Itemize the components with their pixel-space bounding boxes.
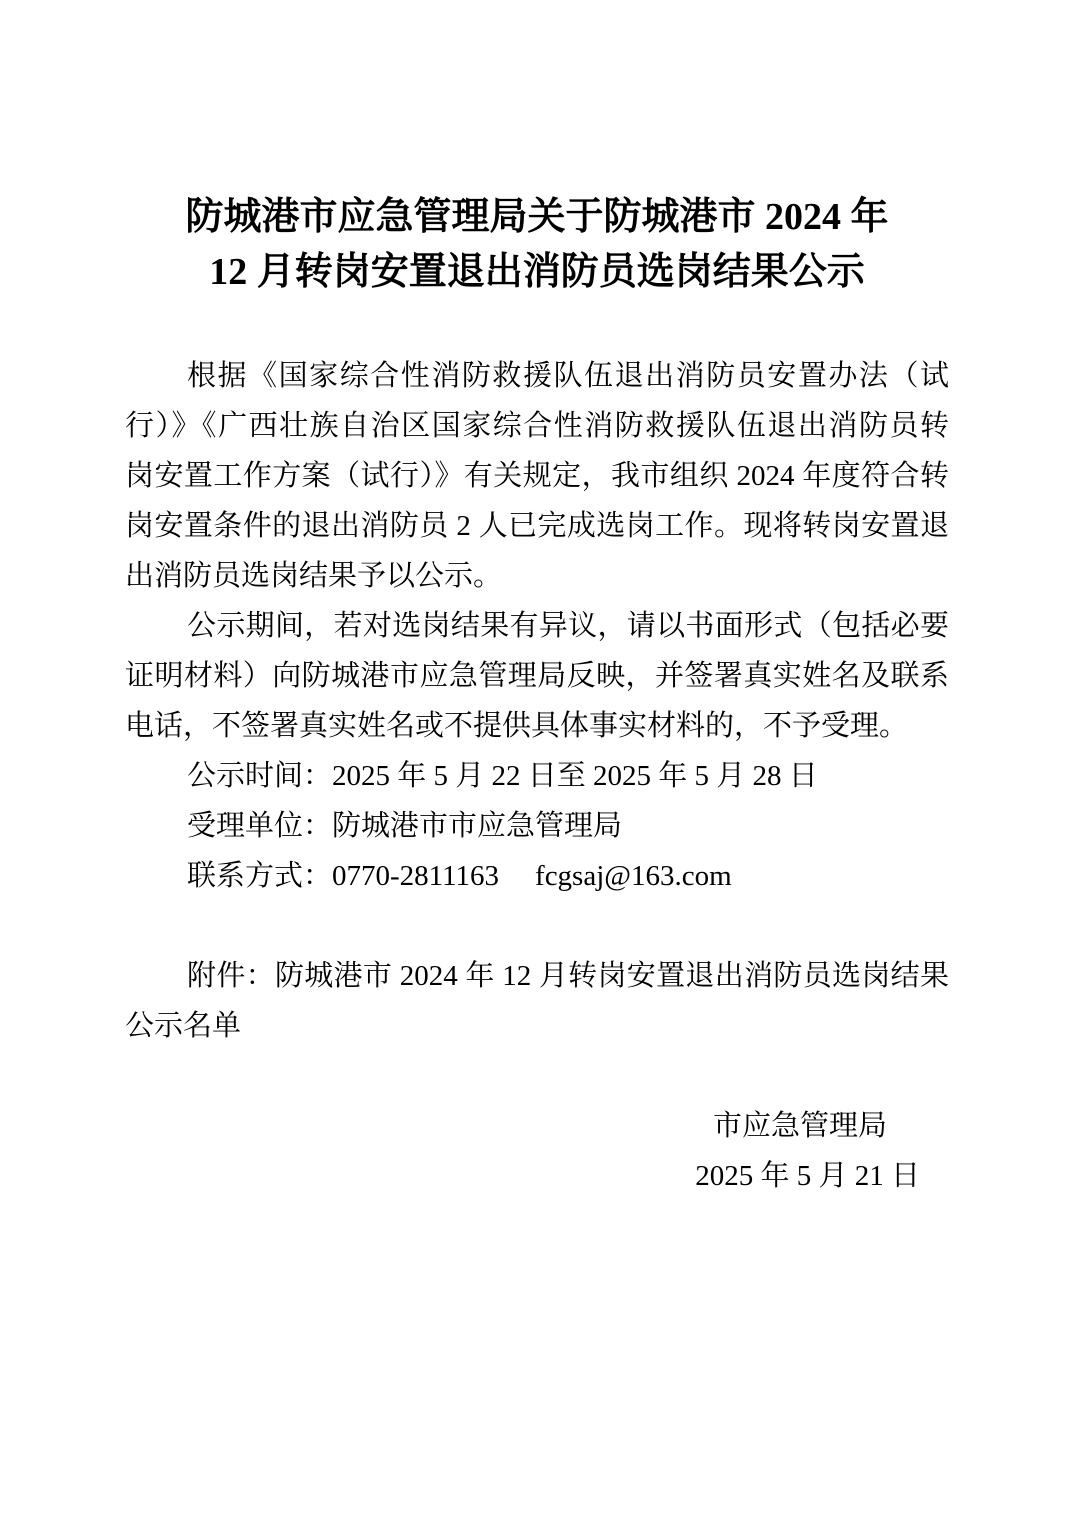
paragraph-1-line-3: 岗安置工作方案（试行）》有关规定，我市组织 2024 年度符合转: [125, 451, 949, 501]
paragraph-2: 公示期间，若对选岗结果有异议，请以书面形式（包括必要 证明材料）向防城港市应急管…: [125, 601, 949, 751]
paragraph-2-line-3: 电话，不签署真实姓名或不提供具体事实材料的，不予受理。: [125, 701, 949, 751]
paragraph-2-line-1: 公示期间，若对选岗结果有异议，请以书面形式（包括必要: [125, 601, 949, 651]
spacer: [125, 1051, 949, 1101]
spacer: [125, 901, 949, 951]
attachment-line-1: 附件：防城港市 2024 年 12 月转岗安置退出消防员选岗结果: [125, 951, 949, 1001]
contact-phone: 0770-2811163: [332, 860, 499, 892]
paragraph-1: 根据《国家综合性消防救援队伍退出消防员安置办法（试 行）》《广西壮族自治区国家综…: [125, 351, 949, 601]
document-content: 防城港市应急管理局关于防城港市 2024 年 12 月转岗安置退出消防员选岗结果…: [125, 190, 949, 1201]
attachment-note: 附件：防城港市 2024 年 12 月转岗安置退出消防员选岗结果 公示名单: [125, 951, 949, 1051]
contact-line: 联系方式：0770-2811163fcgsaj@163.com: [125, 851, 949, 901]
paragraph-1-line-2: 行）》《广西壮族自治区国家综合性消防救援队伍退出消防员转: [125, 401, 949, 451]
contact-label: 联系方式：: [187, 860, 332, 892]
paragraph-1-line-1: 根据《国家综合性消防救援队伍退出消防员安置办法（试: [125, 351, 949, 401]
document-title-line-2: 12 月转岗安置退出消防员选岗结果公示: [125, 245, 949, 300]
accept-unit-line: 受理单位：防城港市市应急管理局: [125, 801, 949, 851]
signature-block: 市应急管理局 2025 年 5 月 21 日: [125, 1101, 949, 1201]
document-page: 防城港市应急管理局关于防城港市 2024 年 12 月转岗安置退出消防员选岗结果…: [0, 0, 1074, 1520]
notice-time-line: 公示时间：2025 年 5 月 22 日至 2025 年 5 月 28 日: [125, 751, 949, 801]
paragraph-2-line-2: 证明材料）向防城港市应急管理局反映，并签署真实姓名及联系: [125, 651, 949, 701]
document-title-line-1: 防城港市应急管理局关于防城港市 2024 年: [125, 190, 949, 245]
signature-organization: 市应急管理局: [125, 1101, 949, 1151]
document-title: 防城港市应急管理局关于防城港市 2024 年 12 月转岗安置退出消防员选岗结果…: [125, 190, 949, 300]
attachment-line-2: 公示名单: [125, 1001, 949, 1051]
signature-date: 2025 年 5 月 21 日: [125, 1151, 949, 1201]
paragraph-1-line-4: 岗安置条件的退出消防员 2 人已完成选岗工作。现将转岗安置退: [125, 501, 949, 551]
paragraph-1-line-5: 出消防员选岗结果予以公示。: [125, 551, 949, 601]
contact-email: fcgsaj@163.com: [535, 860, 732, 892]
